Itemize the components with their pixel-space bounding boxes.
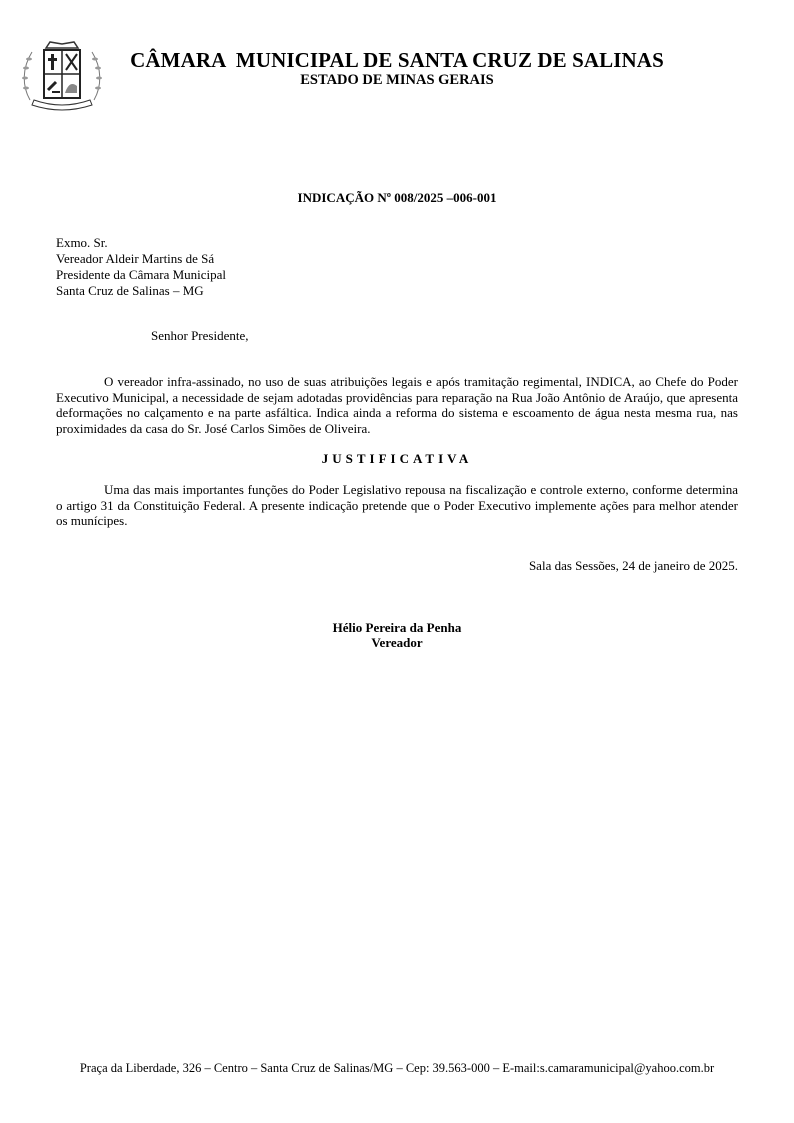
signature-role: Vereador [0, 635, 794, 650]
signature-name: Hélio Pereira da Penha [0, 620, 794, 635]
greeting: Senhor Presidente, [151, 328, 248, 344]
document-title: INDICAÇÃO Nº 008/2025 –006-001 [0, 190, 794, 206]
footer-address: Praça da Liberdade, 326 – Centro – Santa… [0, 1061, 794, 1076]
indication-paragraph: O vereador infra-assinado, no uso de sua… [56, 374, 738, 436]
recipient-line: Exmo. Sr. [56, 235, 226, 251]
signature-block: Hélio Pereira da Penha Vereador [0, 620, 794, 650]
recipient-line: Santa Cruz de Salinas – MG [56, 283, 226, 299]
date-line: Sala das Sessões, 24 de janeiro de 2025. [529, 558, 738, 574]
justification-heading: JUSTIFICATIVA [0, 451, 794, 467]
recipient-block: Exmo. Sr. Vereador Aldeir Martins de Sá … [56, 235, 226, 299]
justification-paragraph: Uma das mais importantes funções do Pode… [56, 482, 738, 529]
recipient-line: Presidente da Câmara Municipal [56, 267, 226, 283]
recipient-line: Vereador Aldeir Martins de Sá [56, 251, 226, 267]
institution-subtitle: ESTADO DE MINAS GERAIS [0, 72, 794, 89]
institution-title: CÂMARA MUNICIPAL DE SANTA CRUZ DE SALINA… [0, 48, 794, 73]
